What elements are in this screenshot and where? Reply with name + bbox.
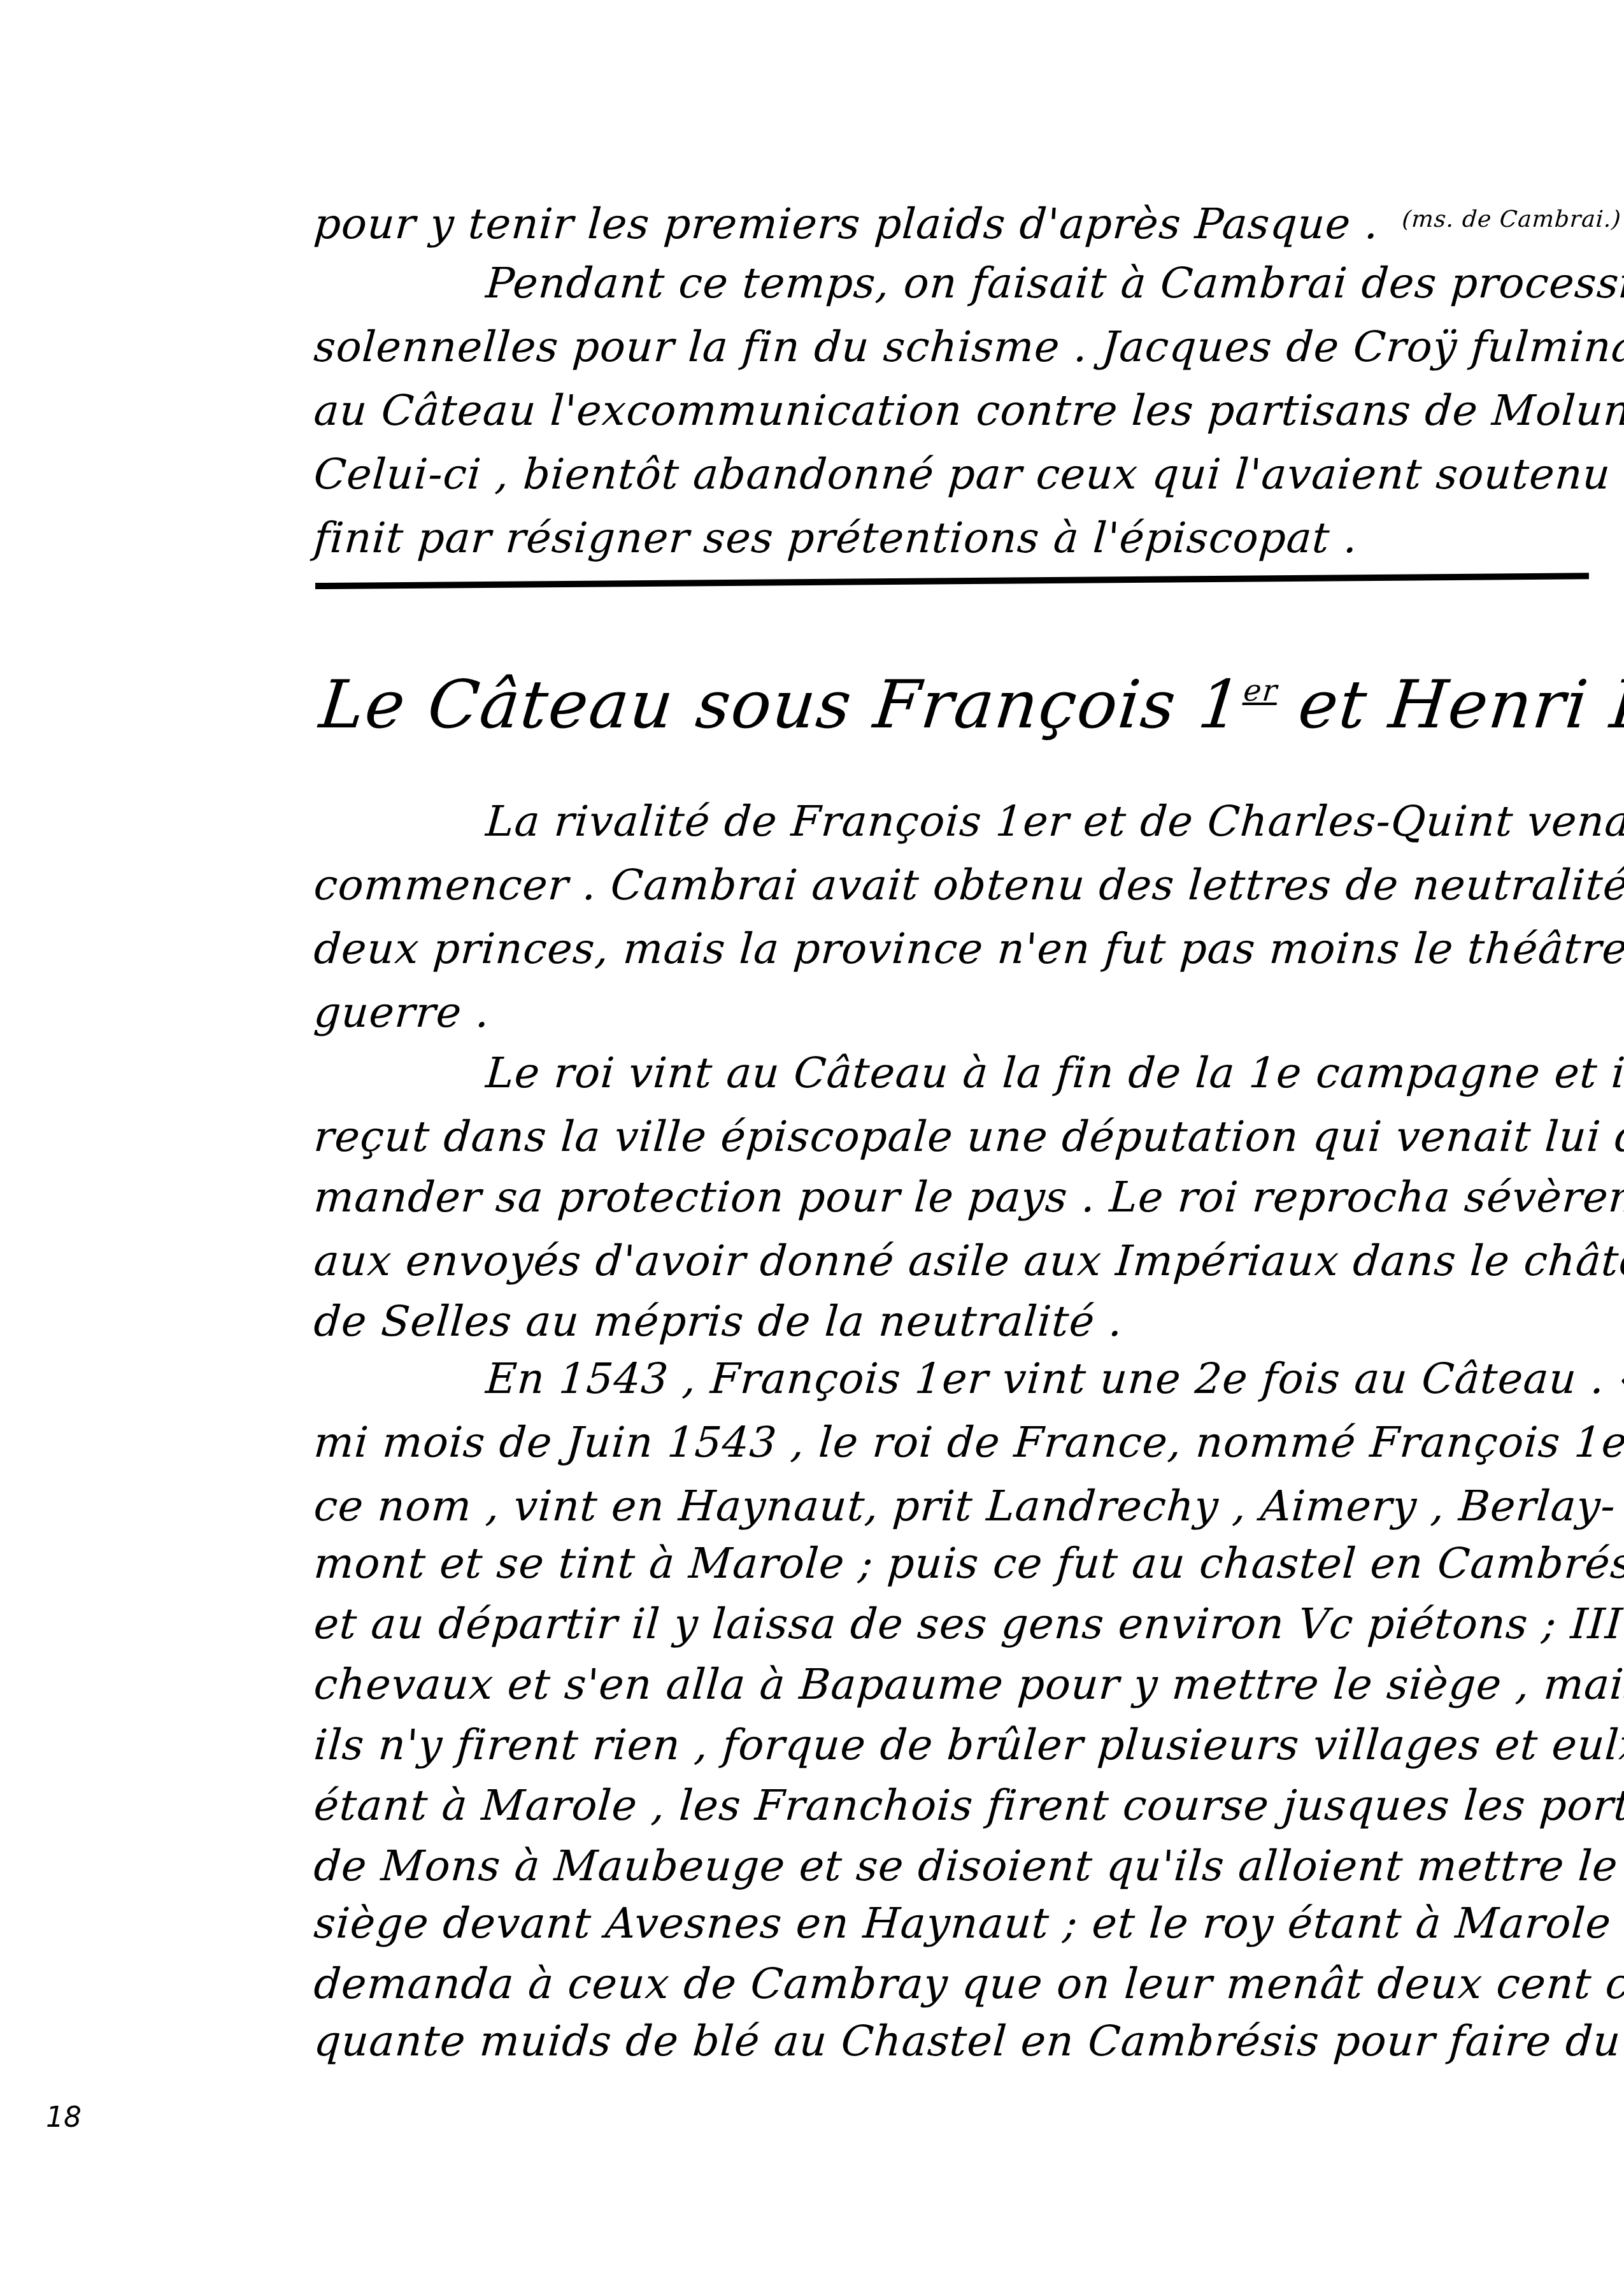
text-line: chevaux et s'en alla à Bapaume pour y me… <box>312 1656 1596 1713</box>
text-line: solennelles pour la fin du schisme . Jac… <box>312 318 1596 376</box>
text-line: étant à Marole , les Franchois firent co… <box>312 1777 1596 1834</box>
text-line: Celui-ci , bientôt abandonné par ceux qu… <box>312 446 1596 503</box>
heading-superscript: er <box>1242 674 1280 708</box>
text-line: reçut dans la ville épiscopale une déput… <box>312 1108 1596 1166</box>
section-heading: Le Câteau sous François 1er et Henri II … <box>315 643 1600 752</box>
text-line: et au départir il y laissa de ses gens e… <box>312 1596 1596 1653</box>
text-line: de Selles au mépris de la neutralité . <box>312 1293 1596 1350</box>
text-line: quante muids de blé au Chastel en Cambré… <box>312 2013 1596 2070</box>
text-line: de Mons à Maubeuge et se disoient qu'ils… <box>312 1838 1596 1895</box>
text-line: ce nom , vint en Haynaut, prit Landrechy… <box>312 1478 1596 1535</box>
text-line: Pendant ce temps, on faisait à Cambrai d… <box>484 255 1624 312</box>
line-text: pour y tenir les premiers plaids d'après… <box>312 199 1380 248</box>
section-divider <box>315 573 1589 589</box>
text-line: siège devant Avesnes en Haynaut ; et le … <box>312 1895 1596 1952</box>
text-line: La rivalité de François 1er et de Charle… <box>484 793 1624 850</box>
text-line: pour y tenir les premiers plaids d'après… <box>312 191 1597 253</box>
text-line: mi mois de Juin 1543 , le roi de France,… <box>312 1414 1596 1471</box>
text-line: mander sa protection pour le pays . Le r… <box>312 1169 1596 1226</box>
text-line: mont et se tint à Marole ; puis ce fut a… <box>312 1535 1596 1592</box>
text-line: deux princes, mais la province n'en fut … <box>312 920 1596 978</box>
text-line: finit par résigner ses prétentions à l'é… <box>312 510 1596 567</box>
heading-text-rest: et Henri II . <box>1272 666 1624 743</box>
text-line: au Câteau l'excommunication contre les p… <box>312 382 1596 439</box>
page-number: 18 <box>46 2102 82 2134</box>
text-line: aux envoyés d'avoir donné asile aux Impé… <box>312 1232 1596 1290</box>
source-citation: (ms. de Cambrai.) <box>1401 206 1622 232</box>
text-line: demanda à ceux de Cambray que on leur me… <box>312 1955 1596 2013</box>
text-line: Le roi vint au Câteau à la fin de la 1e … <box>484 1045 1624 1102</box>
text-line: guerre . <box>312 984 1596 1041</box>
manuscript-page: pour y tenir les premiers plaids d'après… <box>0 0 1624 2293</box>
text-line: commencer . Cambrai avait obtenu des let… <box>312 857 1596 914</box>
text-line: ils n'y firent rien , forque de brûler p… <box>312 1717 1596 1774</box>
heading-text: Le Câteau sous François 1 <box>316 666 1246 743</box>
text-line: En 1543 , François 1er vint une 2e fois … <box>484 1350 1624 1408</box>
